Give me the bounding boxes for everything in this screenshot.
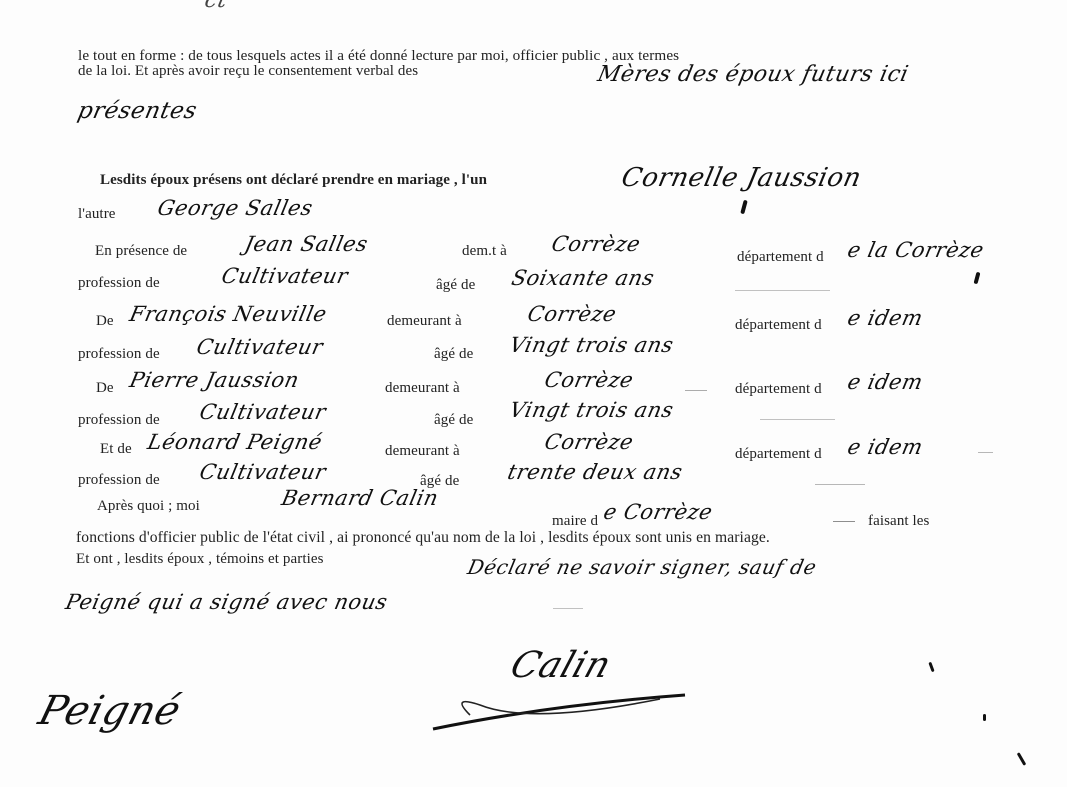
blank-rule [685,390,707,391]
spouses-declaration: Lesdits époux présens ont déclaré prendr… [100,172,487,188]
ink-mark [740,200,747,215]
witness-4-department-label: département d [735,446,822,462]
witness-1-department-label: département d [737,249,824,265]
witness-2-department-label: département d [735,317,822,333]
witness-4-prefix: Et de [100,441,132,457]
witness-1-profession: Cultivateur [219,264,350,288]
blank-rule [978,452,993,453]
top-fragment: ct [202,0,229,13]
after-which-label: Après quoi ; moi [97,498,200,514]
witness-4-age: trente deux ans [505,460,684,484]
ink-mark [1017,752,1027,766]
witness-2-prefix: De [96,313,114,329]
witness-2-name: François Neuville [127,302,329,326]
witness-2-age: Vingt trois ans [507,333,675,357]
intro-line-2: de la loi. Et après avoir reçu le consen… [78,63,418,79]
witness-3-residence: Corrèze [542,368,635,392]
consent-handwritten-cont: présentes [75,98,199,124]
witness-3-prefix: De [96,380,114,396]
ink-mark [974,272,981,285]
witness-4-residence: Corrèze [542,430,635,454]
witness-4-residence-label: demeurant à [385,443,460,459]
blank-rule [735,290,830,291]
witness-4-profession: Cultivateur [197,460,328,484]
commune-name: e Corrèze [601,500,714,524]
signing-declaration: Déclaré ne savoir signer, sauf de [465,555,818,579]
witness-1-profession-label: profession de [78,275,160,291]
ink-mark [928,662,934,672]
witness-2-profession-label: profession de [78,346,160,362]
witness-1-prefix: En présence de [95,243,187,259]
spouses-label: Lesdits époux présens ont déclaré prendr… [100,172,487,188]
witness-1-name: Jean Salles [242,232,370,256]
witness-3-age: Vingt trois ans [507,398,675,422]
signature-flourish [430,685,690,735]
witness-3-age-label: âgé de [434,412,473,428]
marriage-record-page: ct le tout en forme : de tous lesquels a… [0,0,1067,787]
blank-rule [833,521,855,522]
witness-3-residence-label: demeurant à [385,380,460,396]
witness-1-residence: Corrèze [549,232,642,256]
witness-3-name: Pierre Jaussion [127,368,301,392]
witness-2-profession: Cultivateur [194,335,325,359]
pronouncement-line-2: fonctions d'officier public de l'état ci… [76,530,770,546]
witness-4-department: e idem [845,435,925,459]
acting-label: faisant les [868,513,930,529]
witness-signature: Peigné [34,688,186,734]
blank-rule [553,608,583,609]
witness-3-department: e idem [845,370,925,394]
blank-rule [815,484,865,485]
mayor-name: Bernard Calin [279,486,440,510]
witness-1-age: Soixante ans [509,266,656,290]
witness-2-residence: Corrèze [525,302,618,326]
witness-4-name: Léonard Peigné [145,430,324,454]
intro-line-1: le tout en forme : de tous lesquels acte… [78,48,679,64]
other-label: l'autre [78,206,116,222]
witness-3-profession-label: profession de [78,412,160,428]
witness-2-residence-label: demeurant à [387,313,462,329]
groom-name: Cornelle Jaussion [619,163,864,193]
consent-handwritten: Mères des époux futurs ici [595,62,911,87]
mayor-signature: Calin [505,645,616,686]
witness-3-profession: Cultivateur [197,400,328,424]
witness-1-department: e la Corrèze [845,238,986,262]
witness-2-department: e idem [845,306,925,330]
witness-4-profession-label: profession de [78,472,160,488]
witness-2-age-label: âgé de [434,346,473,362]
bride-name: George Salles [155,196,315,220]
signing-declaration-cont: Peigné qui a signé avec nous [63,590,389,614]
witness-3-department-label: département d [735,381,822,397]
mayor-of-label: maire d [552,513,598,529]
witness-1-age-label: âgé de [436,277,475,293]
ink-mark [983,714,986,721]
pronouncement-line-3: Et ont , lesdits époux , témoins et part… [76,551,324,567]
witness-1-residence-label: dem.t à [462,243,507,259]
blank-rule [760,419,835,420]
